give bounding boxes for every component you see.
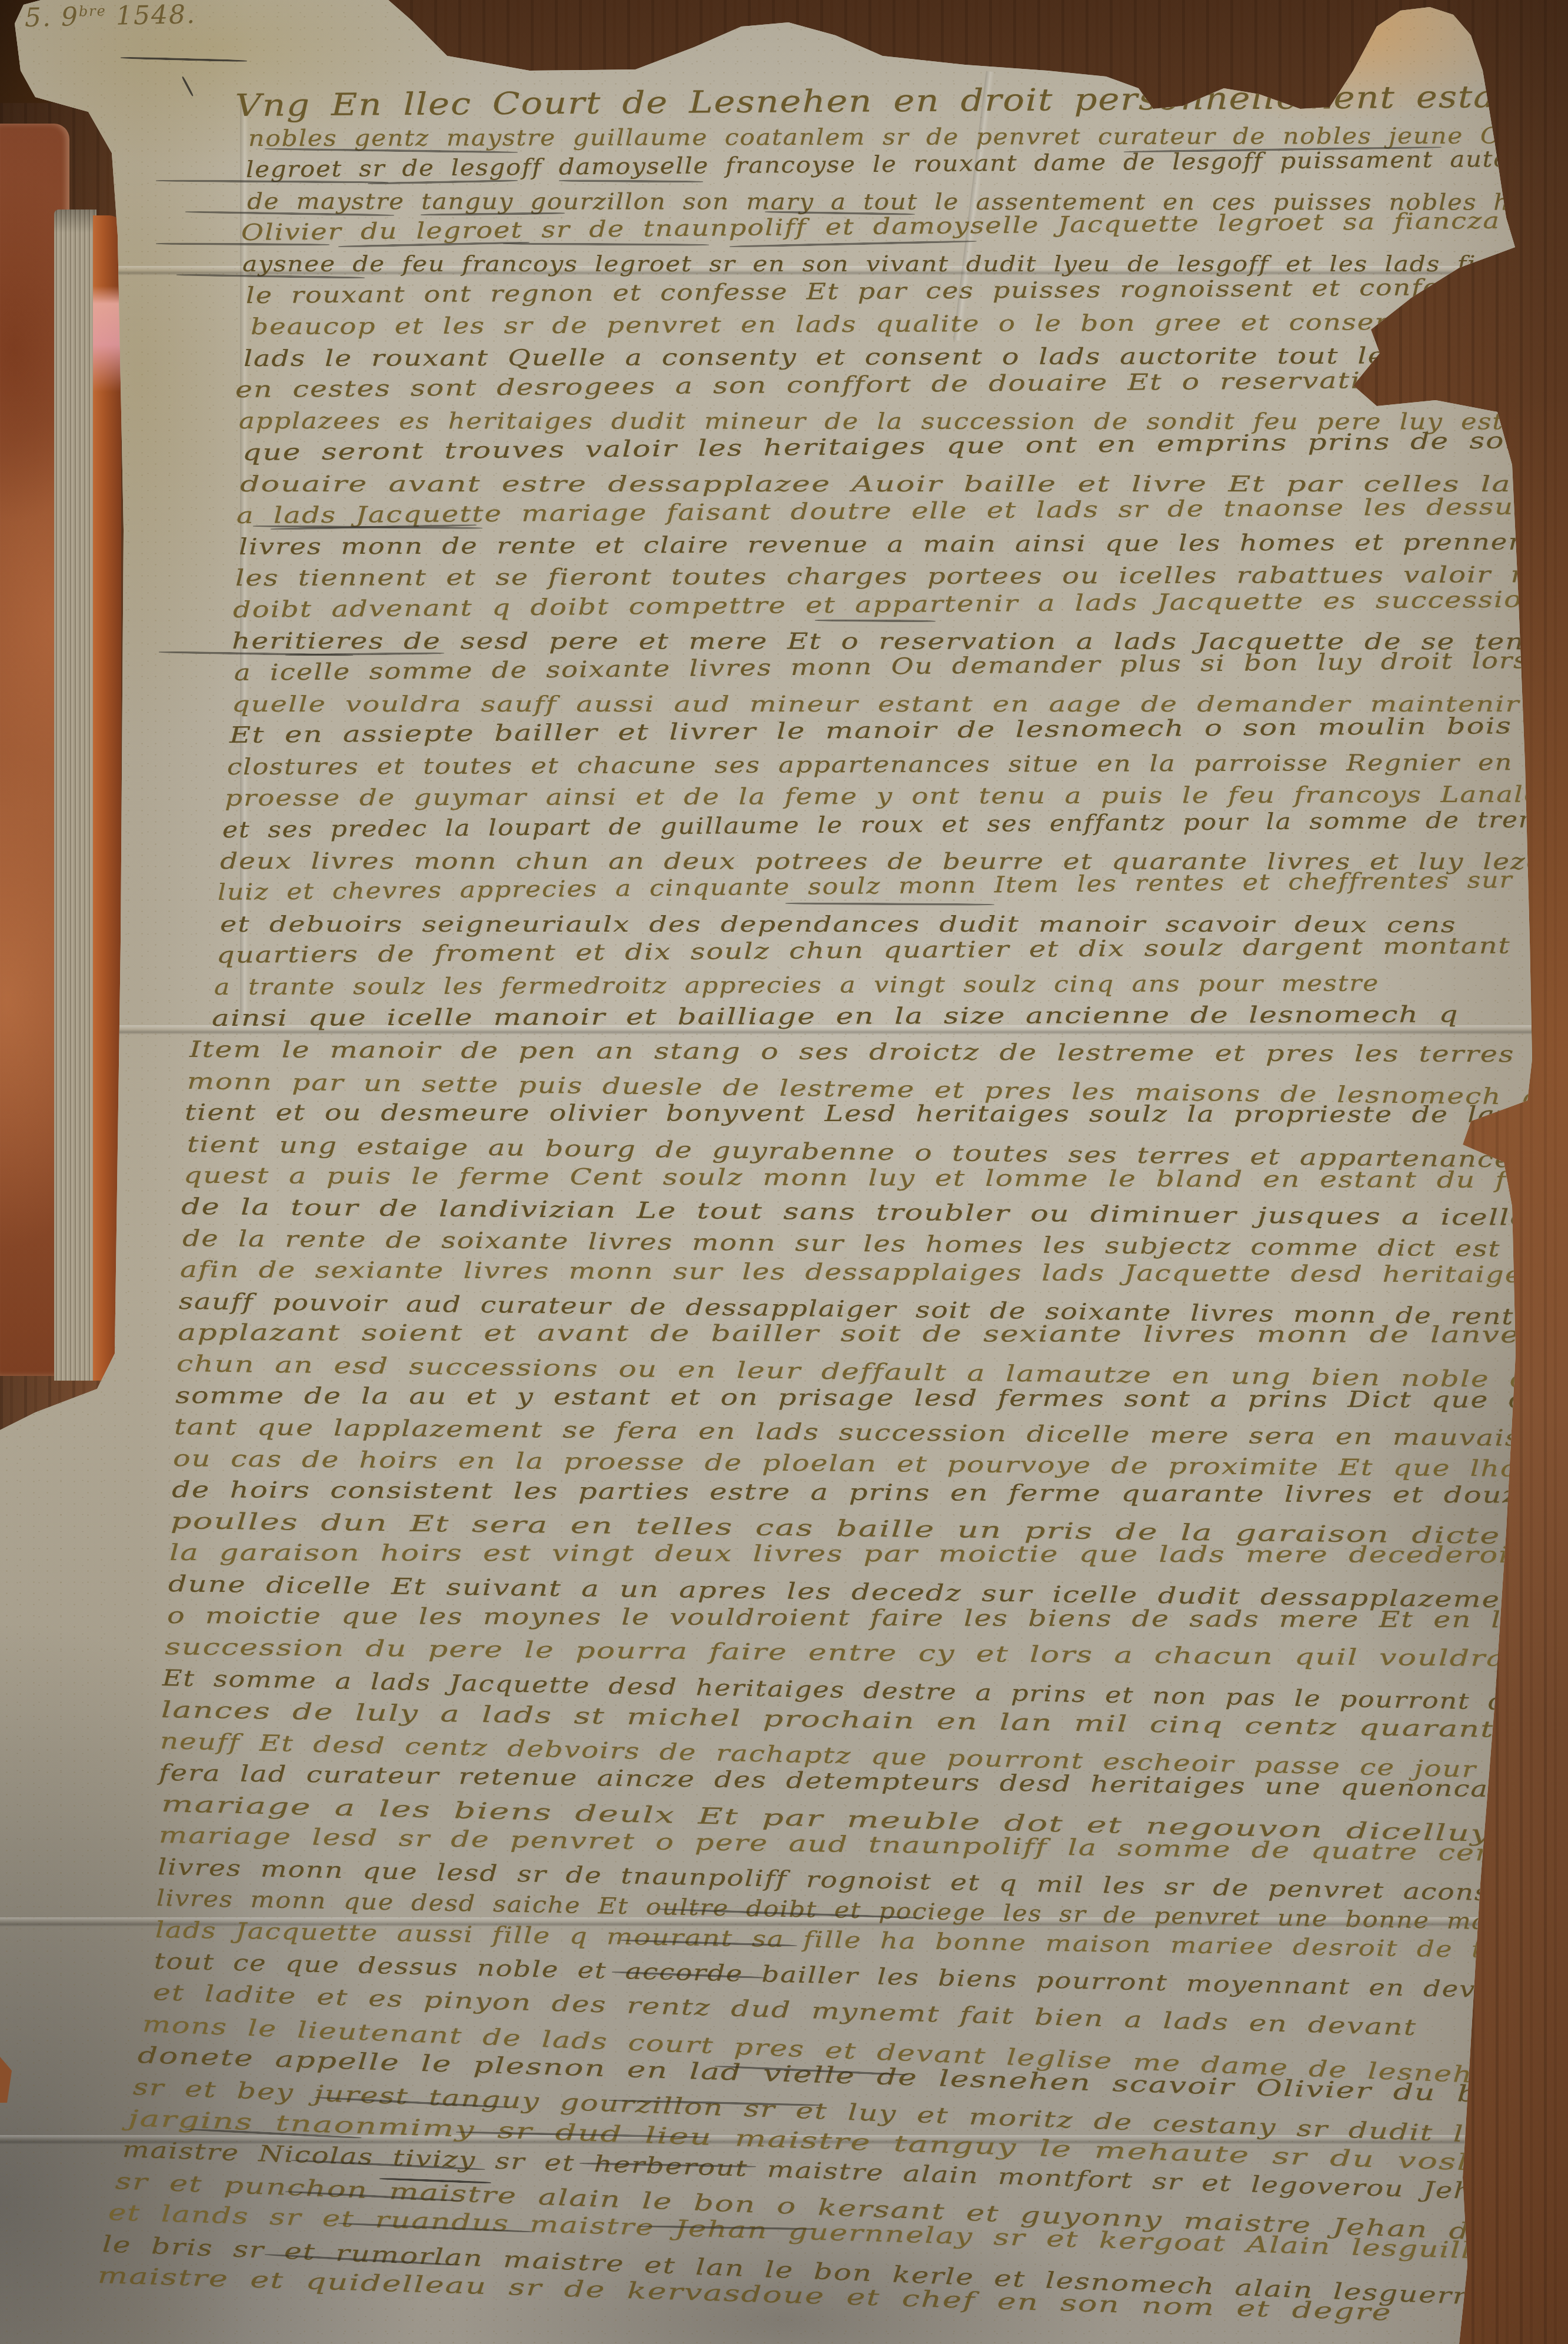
manuscript-line: aysnee de feu francoys legroet sr en son…	[242, 251, 1554, 277]
manuscript-line: ainsi que icelle manoir et bailliage en …	[212, 1001, 1459, 1031]
manuscript-line: la garaison hoirs est vingt deux livres …	[169, 1540, 1523, 1568]
pencil-underline	[815, 619, 936, 623]
manuscript-line: de la rente de soixante livres monn sur …	[182, 1225, 1554, 1262]
manuscript-line: a lads Jacquette mariage faisant doutre …	[237, 493, 1549, 528]
manuscript-line: Item le manoir de pen an stang o ses dro…	[189, 1036, 1554, 1068]
date-month: 9	[61, 2, 79, 32]
manuscript-line: lads le rouxant Quelle a consenty et con…	[244, 342, 1526, 371]
manuscript-line: applazant soient et avant de bailler soi…	[178, 1319, 1520, 1348]
pencil-mark	[181, 76, 194, 97]
manuscript-line: beaucop et les sr de penvret en lads qua…	[251, 308, 1499, 340]
leather-bound-book	[0, 87, 121, 1381]
manuscript-line: de la tour de landivizian Le tout sans t…	[181, 1193, 1529, 1231]
manuscript-line: de hoirs consistent les parties estre a …	[172, 1477, 1537, 1508]
parchment-deed: 5. 9bre 1548. Vng En llec Court de Lesne…	[0, 0, 1568, 2344]
manuscript-line: tant que lapplazement se fera en lads su…	[174, 1414, 1539, 1451]
manuscript-line: les tiennent et se fieront toutes charge…	[235, 562, 1548, 591]
pencil-underline	[559, 179, 703, 183]
manuscript-line: et ses predec la loupart de guillaume le…	[222, 806, 1564, 843]
book-page-edges	[54, 210, 96, 1381]
photo-of-parchment-document: 5. 9bre 1548. Vng En llec Court de Lesne…	[0, 0, 1568, 2344]
manuscript-line: en cestes sont desrogees a son conffort …	[235, 366, 1530, 403]
manuscript-line: Et en assiepte bailler et livrer le mano…	[229, 713, 1512, 749]
date-prefix: 5.	[24, 2, 61, 33]
pencil-underline	[785, 902, 994, 906]
manuscript-line: douaire avant estre dessapplazee Auoir b…	[240, 471, 1512, 497]
manuscript-line: quelle vouldra sauff aussi aud mineur es…	[232, 691, 1520, 717]
manuscript-line: afin de sexiante livres monn sur les des…	[180, 1256, 1539, 1288]
manuscript-line: a trante soulz les fermedroitz apprecies…	[214, 970, 1379, 1000]
manuscript-line: clostures et toutes et chacune ses appar…	[227, 749, 1557, 780]
manuscript-line: doibt advenant q doibt compettre et appa…	[233, 586, 1557, 623]
manuscript-line: livres monn de rente et claire revenue a…	[239, 529, 1539, 560]
pencil-underline	[730, 240, 977, 247]
manuscript-line: et debuoirs seigneuriaulx des dependance…	[220, 911, 1456, 937]
manuscript-line: proesse de guymar ainsi et de la feme y …	[225, 782, 1560, 812]
manuscript-line: tient et ou desmeure olivier bonyvent Le…	[185, 1099, 1550, 1128]
manuscript-line: le rouxant ont regnon et confesse Et par…	[246, 274, 1518, 308]
manuscript-line: o moictie que les moynes le vouldroient …	[167, 1602, 1520, 1633]
pencil-mark	[121, 56, 247, 62]
pencil-underline	[503, 242, 709, 246]
manuscript-line: succession du pere le pourra faire entre…	[165, 1634, 1506, 1671]
manuscript-line: quest a puis le ferme Cent soulz monn lu…	[184, 1162, 1537, 1193]
manuscript-line: ou cas de hoirs en la proesse de ploelan…	[173, 1445, 1544, 1482]
manuscript-line: Vng En llec Court de Lesnehen en droit p…	[235, 79, 1565, 124]
manuscript-line: somme de la au et y estant et on prisage…	[175, 1382, 1546, 1413]
manuscript-line: quartiers de froment et dix soulz chun q…	[217, 933, 1511, 969]
manuscript-text-layer: Vng En llec Court de Lesnehen en droit p…	[88, 0, 1518, 2344]
